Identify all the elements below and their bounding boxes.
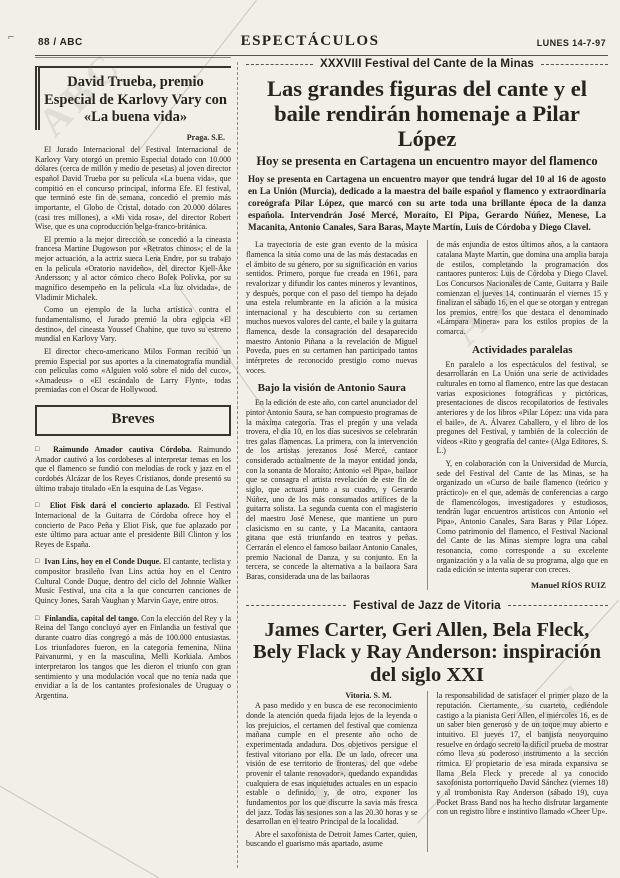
kicker-text: Festival de Jazz de Vitoria xyxy=(353,600,501,612)
brief-lead: Finlandia, capital del tango. xyxy=(45,614,140,623)
brief-item: □ Ivan Lins, hoy en el Conde Duque. El c… xyxy=(35,557,231,605)
body-paragraph: En paralelo a los espectáculos del festi… xyxy=(437,360,609,456)
body-paragraph: de más enjundia de estos últimos años, a… xyxy=(437,240,609,336)
body-paragraph: Abre el saxofonista de Detroit James Car… xyxy=(246,830,418,849)
header-rule xyxy=(35,57,231,58)
kicker-line xyxy=(246,64,313,65)
jazz-article: Festival de Jazz de Vitoria James Carter… xyxy=(246,600,608,852)
kicker: XXXVIII Festival del Cante de la Minas xyxy=(246,58,608,70)
body-paragraph: Como un ejemplo de la lucha artística co… xyxy=(35,305,231,344)
inner-subhead: Bajo la visión de Antonio Saura xyxy=(246,382,418,394)
square-bullet-icon: □ xyxy=(35,614,39,622)
section-title: ESPECTÁCULOS xyxy=(0,33,620,50)
article-columns: Vitoria. S. M. A paso medido y en busca … xyxy=(246,691,608,852)
brief-item: □ Finlandia, capital del tango. Con la e… xyxy=(35,614,231,701)
breves-title: Breves xyxy=(35,405,231,436)
inner-subhead: Actividades paralelas xyxy=(437,344,609,356)
date-label: LUNES 14-7-97 xyxy=(537,38,606,48)
square-bullet-icon: □ xyxy=(35,501,42,509)
minas-article: XXXVIII Festival del Cante de la Minas L… xyxy=(246,58,608,590)
body-paragraph: El premio a la mejor dirección se conced… xyxy=(35,235,231,302)
brief-item: □ Raimundo Amador cautiva Córdoba. Raimu… xyxy=(35,445,231,493)
kicker-line xyxy=(246,605,346,606)
subhead: Hoy se presenta en Cartagena un encuentr… xyxy=(246,154,608,169)
kicker-line xyxy=(508,605,608,606)
author-byline: Manuel RÍOS RUIZ xyxy=(437,580,607,590)
square-bullet-icon: □ xyxy=(35,445,44,453)
brief-lead: Raimundo Amador cautiva Córdoba. xyxy=(53,445,192,454)
body-paragraph: La trayectoria de este gran evento de la… xyxy=(246,240,418,375)
dateline: Vitoria. S. M. xyxy=(246,691,392,700)
column-2: de más enjundia de estos últimos años, a… xyxy=(427,240,609,590)
article-byline: Praga. S.E. xyxy=(35,133,225,142)
trueba-article: David Trueba, premio Especial de Karlovy… xyxy=(35,66,231,395)
crease-line xyxy=(0,728,160,878)
brief-text: Con la elección del Rey y la Reina del T… xyxy=(35,614,231,700)
brief-item: □ Eliot Fisk dará el concierto aplazado.… xyxy=(35,501,231,549)
column-1: La trayectoria de este gran evento de la… xyxy=(246,240,418,590)
main-column: XXXVIII Festival del Cante de la Minas L… xyxy=(246,58,608,852)
body-paragraph: la responsabilidad de satisfacer el prim… xyxy=(437,691,609,816)
header-rule xyxy=(35,55,608,56)
body-paragraph: El Jurado Internacional del Festival Int… xyxy=(35,145,231,232)
kicker-line xyxy=(541,64,608,65)
body-paragraph: El director checo-americano Milos Forman… xyxy=(35,347,231,395)
column-1: Vitoria. S. M. A paso medido y en busca … xyxy=(246,691,418,852)
lead-paragraph: Hoy se presenta en Cartagena un encuentr… xyxy=(248,174,606,233)
article-columns: La trayectoria de este gran evento de la… xyxy=(246,240,608,590)
body-paragraph: A paso medido y en busca de ese reconoci… xyxy=(246,701,418,826)
brief-lead: Eliot Fisk dará el concierto aplazado. xyxy=(50,501,190,510)
kicker: Festival de Jazz de Vitoria xyxy=(246,600,608,612)
kicker-text: XXXVIII Festival del Cante de la Minas xyxy=(320,58,534,70)
article-title: David Trueba, premio Especial de Karlovy… xyxy=(35,66,231,130)
body-paragraph: Y, en colaboración con la Universidad de… xyxy=(437,459,609,575)
column-divider xyxy=(237,62,238,868)
headline: Las grandes figuras del cante y el baile… xyxy=(246,77,608,151)
headline: James Carter, Geri Allen, Bela Fleck, Be… xyxy=(246,619,608,687)
brief-lead: Ivan Lins, hoy en el Conde Duque. xyxy=(44,557,161,566)
column-2: la responsabilidad de satisfacer el prim… xyxy=(427,691,609,852)
left-column: David Trueba, premio Especial de Karlovy… xyxy=(35,66,231,708)
body-paragraph: En la edición de este año, con cartel an… xyxy=(246,398,418,581)
breves-section: Breves □ Raimundo Amador cautiva Córdoba… xyxy=(35,405,231,700)
square-bullet-icon: □ xyxy=(35,557,39,565)
